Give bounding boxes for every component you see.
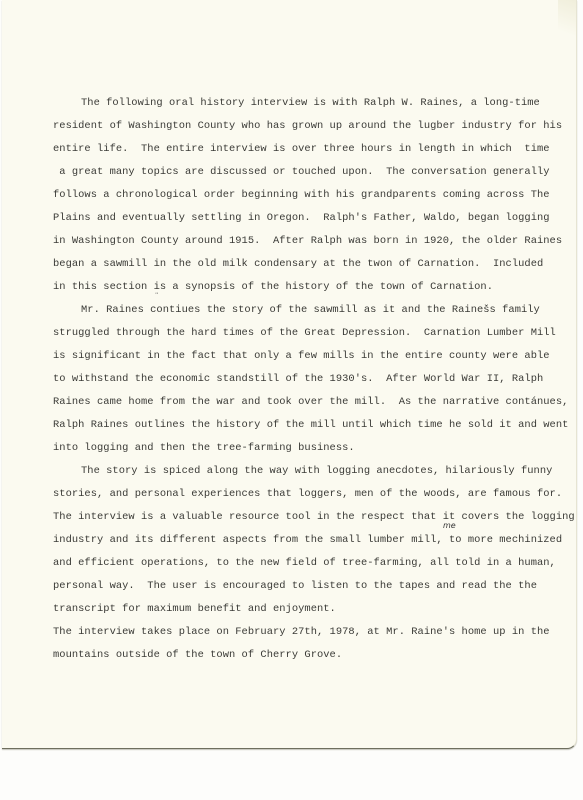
paragraph-2-line-2: struggled through the hard times of the …: [53, 326, 556, 340]
paragraph-3-line-1: The story is spiced along the way with l…: [81, 464, 552, 478]
handwritten-correction: me: [443, 521, 456, 530]
paragraph-2-line-4: to withstand the economic standstill of …: [53, 372, 543, 386]
paragraph-1-line-1: The following oral history interview is …: [81, 96, 540, 110]
paragraph-1-line-8: began a sawmill in the old milk condensa…: [53, 257, 543, 271]
paragraph-2-line-1: Mr. Raines contiues the story of the saw…: [81, 303, 540, 317]
paragraph-1-line-2: resident of Washington County who has gr…: [53, 119, 562, 133]
paragraph-3-line-4: industry and its different aspects from …: [53, 533, 562, 547]
paragraph-3-line-5: and efficient operations, to the new fie…: [53, 556, 556, 570]
paragraph-4-line-2: mountains outside of the town of Cherry …: [53, 648, 342, 662]
paragraph-1-line-9: in this section is a synopsis of the his…: [53, 280, 493, 294]
paragraph-1-line-7: in Washington County around 1915. After …: [53, 234, 562, 248]
paragraph-2-line-6: Ralph Raines outlines the history of the…: [53, 418, 568, 432]
paragraph-2-line-7: into logging and then the tree-farming b…: [53, 441, 355, 455]
paragraph-3-line-7: transcript for maximum benefit and enjoy…: [53, 602, 336, 616]
paragraph-1-line-6: Plains and eventually settling in Oregon…: [53, 211, 550, 225]
paragraph-1-line-3: entire life. The entire interview is ove…: [53, 142, 550, 156]
typed-page: The following oral history interview is …: [2, 0, 577, 749]
paragraph-3-line-3: The interview is a valuable resource too…: [53, 510, 575, 524]
paragraph-3-line-6: personal way. The user is encouraged to …: [53, 579, 537, 593]
handwritten-mark: ¨: [154, 292, 158, 301]
paragraph-2-line-3: is significant in the fact that only a f…: [53, 349, 550, 363]
paragraph-2-line-5: Raines came home from the war and took o…: [53, 395, 568, 409]
paragraph-1-line-4: a great many topics are discussed or tou…: [53, 165, 550, 179]
paragraph-3-line-2: stories, and personal experiences that l…: [53, 487, 562, 501]
paragraph-1-line-5: follows a chronological order beginning …: [53, 188, 550, 202]
paragraph-4-line-1: The interview takes place on February 27…: [53, 625, 550, 639]
